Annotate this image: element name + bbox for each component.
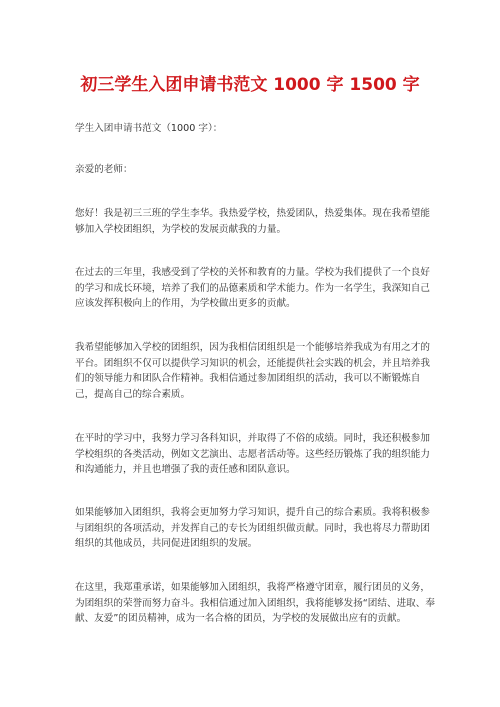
paragraph-4: 在平时的学习中，我努力学习各科知识，并取得了不俗的成绩。同时，我还积极参加学校组… xyxy=(75,431,437,478)
paragraph-text: 我希望能够加入学校的团组织，因为我相信团组织是一个能够培养我成为有用之才的平台。… xyxy=(75,340,437,402)
document-subtitle: 学生入团申请书范文（1000 字）： xyxy=(75,121,437,137)
paragraph-text: 如果能够加入团组织，我将会更加努力学习知识，提升自己的综合素质。我将积极参与团组… xyxy=(75,505,437,552)
paragraph-text: 在这里，我郑重承诺，如果能够加入团组织，我将严格遵守团章，履行团员的义务，为团组… xyxy=(75,580,437,627)
document-title: 初三学生入团申请书范文 1000 字 1500 字 xyxy=(0,70,500,95)
paragraph-6: 在这里，我郑重承诺，如果能够加入团组织，我将严格遵守团章，履行团员的义务，为团组… xyxy=(75,580,437,627)
subtitle-text: 学生入团申请书范文（1000 字）： xyxy=(75,121,437,137)
salutation-text: 亲爱的老师： xyxy=(75,162,437,178)
paragraph-5: 如果能够加入团组织，我将会更加努力学习知识，提升自己的综合素质。我将积极参与团组… xyxy=(75,505,437,552)
paragraph-text: 在平时的学习中，我努力学习各科知识，并取得了不俗的成绩。同时，我还积极参加学校组… xyxy=(75,431,437,478)
document-page: 初三学生入团申请书范文 1000 字 1500 字 学生入团申请书范文（1000… xyxy=(0,0,500,707)
paragraph-2: 在过去的三年里，我感受到了学校的关怀和教育的力量。学校为我们提供了一个良好的学习… xyxy=(75,265,437,312)
paragraph-1: 您好！我是初三三班的学生李华。我热爱学校，热爱团队，热爱集体。现在我希望能够加入… xyxy=(75,206,437,237)
salutation: 亲爱的老师： xyxy=(75,162,437,178)
paragraph-3: 我希望能够加入学校的团组织，因为我相信团组织是一个能够培养我成为有用之才的平台。… xyxy=(75,340,437,402)
paragraph-text: 在过去的三年里，我感受到了学校的关怀和教育的力量。学校为我们提供了一个良好的学习… xyxy=(75,265,437,312)
paragraph-text: 您好！我是初三三班的学生李华。我热爱学校，热爱团队，热爱集体。现在我希望能够加入… xyxy=(75,206,437,237)
